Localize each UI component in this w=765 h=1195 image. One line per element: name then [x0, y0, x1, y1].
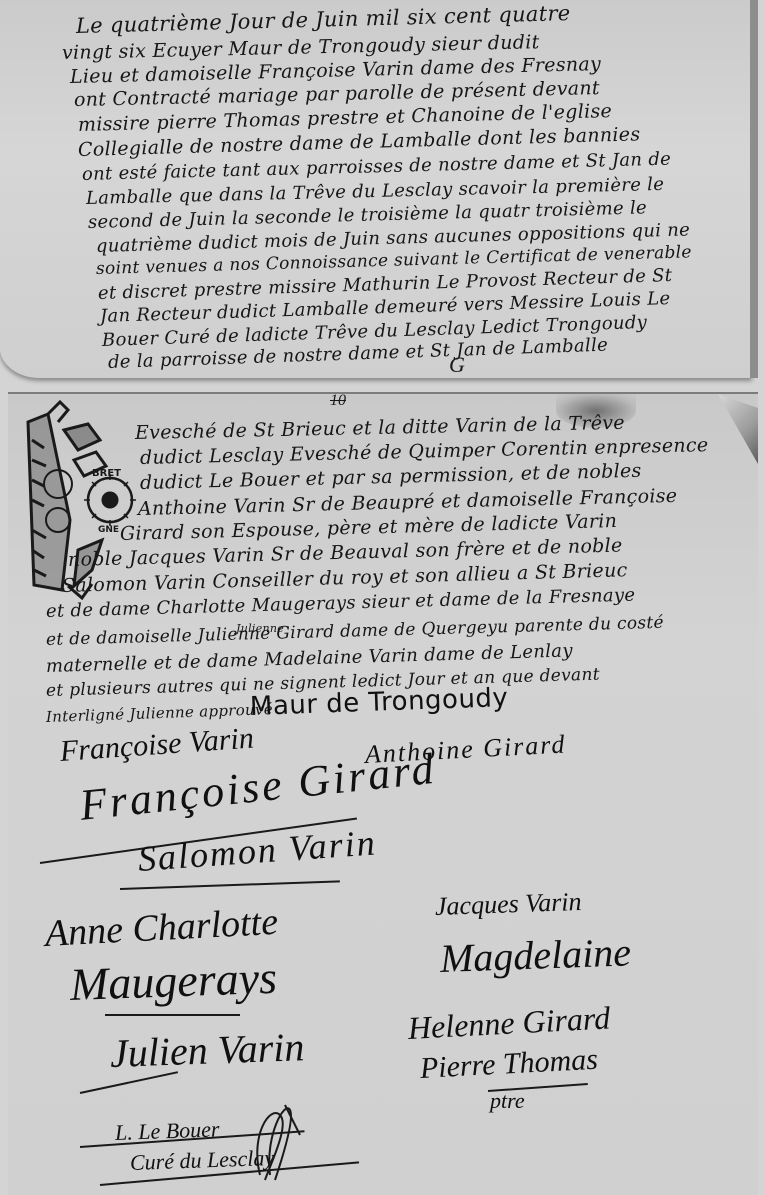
- signature: Julien Varin: [109, 1023, 305, 1077]
- signature: ptre: [490, 1088, 525, 1114]
- register-scan: Le quatrième Jour de Juin mil six cent q…: [0, 0, 765, 1195]
- stamp-text-bottom: GNE: [98, 525, 119, 535]
- paraph-mark: G: [449, 352, 465, 378]
- signature: Magdelaine: [439, 928, 632, 982]
- signature: Maugerays: [69, 951, 278, 1011]
- paraph-scribble-icon: [240, 1095, 310, 1185]
- signature: Jacques Varin: [434, 887, 582, 922]
- margin-mark: 10: [330, 392, 346, 410]
- signature-flourish: [105, 1014, 240, 1016]
- folded-corner: [718, 394, 758, 464]
- stamp-text-top: BRET: [92, 468, 121, 479]
- register-page-top: Le quatrième Jour de Juin mil six cent q…: [0, 0, 752, 378]
